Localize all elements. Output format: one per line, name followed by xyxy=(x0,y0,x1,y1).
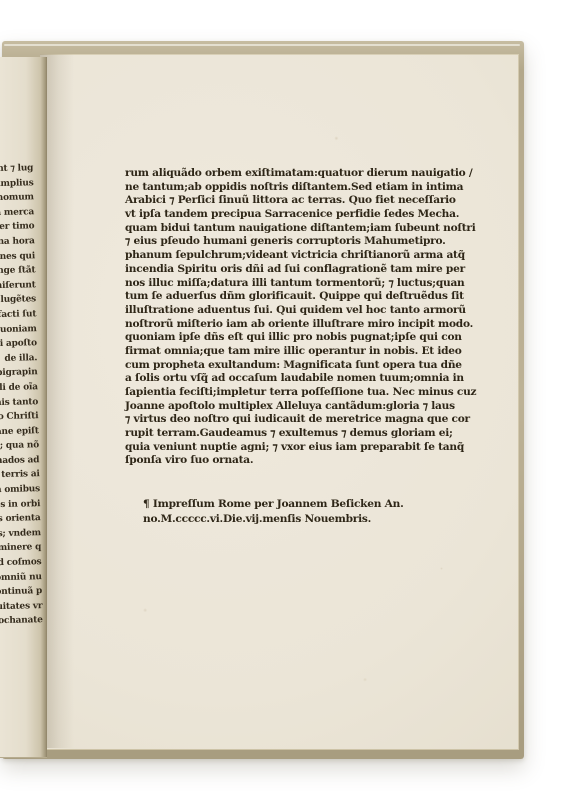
text-line: quam bidui tantum nauigatione diſtantem;… xyxy=(125,222,449,236)
main-text-block: rum aliquãdo orbem exiſtimatam:quatuor d… xyxy=(125,167,449,468)
text-line: noſtrorũ miſterio iam ab oriente illuſtr… xyxy=(125,318,449,332)
recto-page: rum aliquãdo orbem exiſtimatam:quatuor d… xyxy=(40,54,519,750)
fragment-line: ⁊ apochanate xyxy=(0,614,43,632)
facing-page-fore-edge: re fiebunt ⁊ lugo emet ampliuss ⁊ cinamo… xyxy=(0,57,47,758)
colophon: ¶ Impreſſum Rome per Joannem Beſicken An… xyxy=(143,497,404,526)
text-line: Joanne apoſtolo multiplex Alleluya cantã… xyxy=(125,400,449,414)
text-line: ⁊ virtus deo noſtro qui iudicauit de mer… xyxy=(125,413,449,427)
text-line: rupit terram.Gaudeamus ⁊ exultemus ⁊ dem… xyxy=(125,427,449,441)
text-line: cum propheta exultandum: Magnificata ſun… xyxy=(125,359,449,373)
text-line: Arabici ⁊ Perſici ſinuũ littora ac terra… xyxy=(125,194,449,208)
text-line: ſponſa viro ſuo ornata. xyxy=(125,454,449,468)
text-line: ſapientia feciſti;impletur terra poſſeſſ… xyxy=(125,386,449,400)
text-line: a ſolis ortu vſq̃ ad occaſum laudabile n… xyxy=(125,372,449,386)
text-line: incendia Spiritu oris dñi ad ſui conflag… xyxy=(125,263,449,277)
text-line: nos illuc miſſa;datura illi tantum torme… xyxy=(125,277,449,291)
text-line: quia veniunt nuptie agni; ⁊ vxor eius ia… xyxy=(125,441,449,455)
text-line: quoniam ipſe dñs eſt qui illic pro nobis… xyxy=(125,331,449,345)
colophon-line: ¶ Impreſſum Rome per Joannem Beſicken An… xyxy=(143,497,404,512)
facing-page-text-fragments: re fiebunt ⁊ lugo emet ampliuss ⁊ cinamo… xyxy=(0,161,43,631)
text-line: vt ipſa tandem precipua Sarracenice perf… xyxy=(125,208,449,222)
text-line: tum ſe aduerſus dñm glorificauit. Quippe… xyxy=(125,290,449,304)
text-line: ne tantum;ab oppidis noſtris diſtantem.S… xyxy=(125,181,449,195)
text-line: rum aliquãdo orbem exiſtimatam:quatuor d… xyxy=(125,167,449,181)
text-line: phanum ſepulchrum;videant victricia chri… xyxy=(125,249,449,263)
cover-top-crease xyxy=(4,44,520,46)
colophon-line: no.M.ccccc.vi.Die.vij.menſis Nouembris. xyxy=(143,512,404,527)
book-photograph: rum aliquãdo orbem exiſtimatam:quatuor d… xyxy=(0,0,575,800)
text-line: ⁊ eius pſeudo humani generis corruptoris… xyxy=(125,235,449,249)
text-line: illuſtratione aduentus ſui. Qui quidem v… xyxy=(125,304,449,318)
text-line: firmat omnia;que tam mire illic operantu… xyxy=(125,345,449,359)
